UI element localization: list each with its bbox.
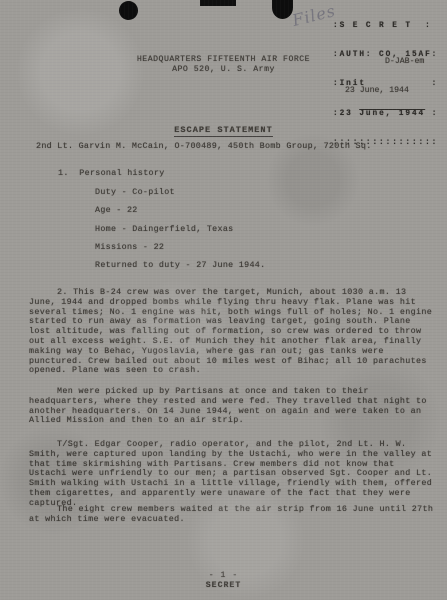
hole-punch-right <box>272 0 293 19</box>
redaction-stamp-bar <box>200 0 236 6</box>
reference-code: D-JAB-em <box>385 57 424 66</box>
letterhead: HEADQUARTERS FIFTEENTH AIR FORCE APO 520… <box>0 55 447 75</box>
hole-punch-left <box>119 1 138 20</box>
footer-classification: SECRET <box>0 581 447 591</box>
page-number: - 1 - <box>0 571 447 581</box>
personal-history-duty: Duty - Co-pilot <box>95 188 265 198</box>
document-date: 23 June, 1944 <box>345 86 409 95</box>
personal-history-returned: Returned to duty - 27 June 1944. <box>95 261 265 271</box>
paragraph-capture-account: T/Sgt. Edgar Cooper, radio operator, and… <box>29 440 436 509</box>
page-footer: - 1 - SECRET <box>0 571 447 591</box>
handwritten-file-note: Files <box>290 1 337 30</box>
personal-history-list: Duty - Co-pilot Age - 22 Home - Daingerf… <box>95 188 265 279</box>
personal-history-home: Home - Daingerfield, Texas <box>95 225 265 235</box>
personal-history-missions: Missions - 22 <box>95 243 265 253</box>
org-name: HEADQUARTERS FIFTEENTH AIR FORCE <box>0 55 447 65</box>
subject-line: 2nd Lt. Garvin M. McCain, O-700489, 450t… <box>36 141 372 151</box>
document-title: ESCAPE STATEMENT <box>0 125 447 135</box>
paragraph-mission-account: 2. This B-24 crew was over the target, M… <box>29 288 436 376</box>
stamp-line-secret: :S E C R E T : <box>333 22 438 32</box>
scanned-document-page: Files :S E C R E T : :AUTH: CO, 15AF: :I… <box>0 0 447 600</box>
personal-history-age: Age - 22 <box>95 206 265 216</box>
paragraph-evacuation: The eight crew members waited at the air… <box>29 505 436 525</box>
paragraph-partisan-rescue: Men were picked up by Partisans at once … <box>29 387 436 426</box>
stamp-line-date: :23 June, 1944 : <box>333 110 438 120</box>
section-1-heading: 1. Personal history <box>58 168 165 178</box>
org-address: APO 520, U. S. Army <box>0 65 447 75</box>
